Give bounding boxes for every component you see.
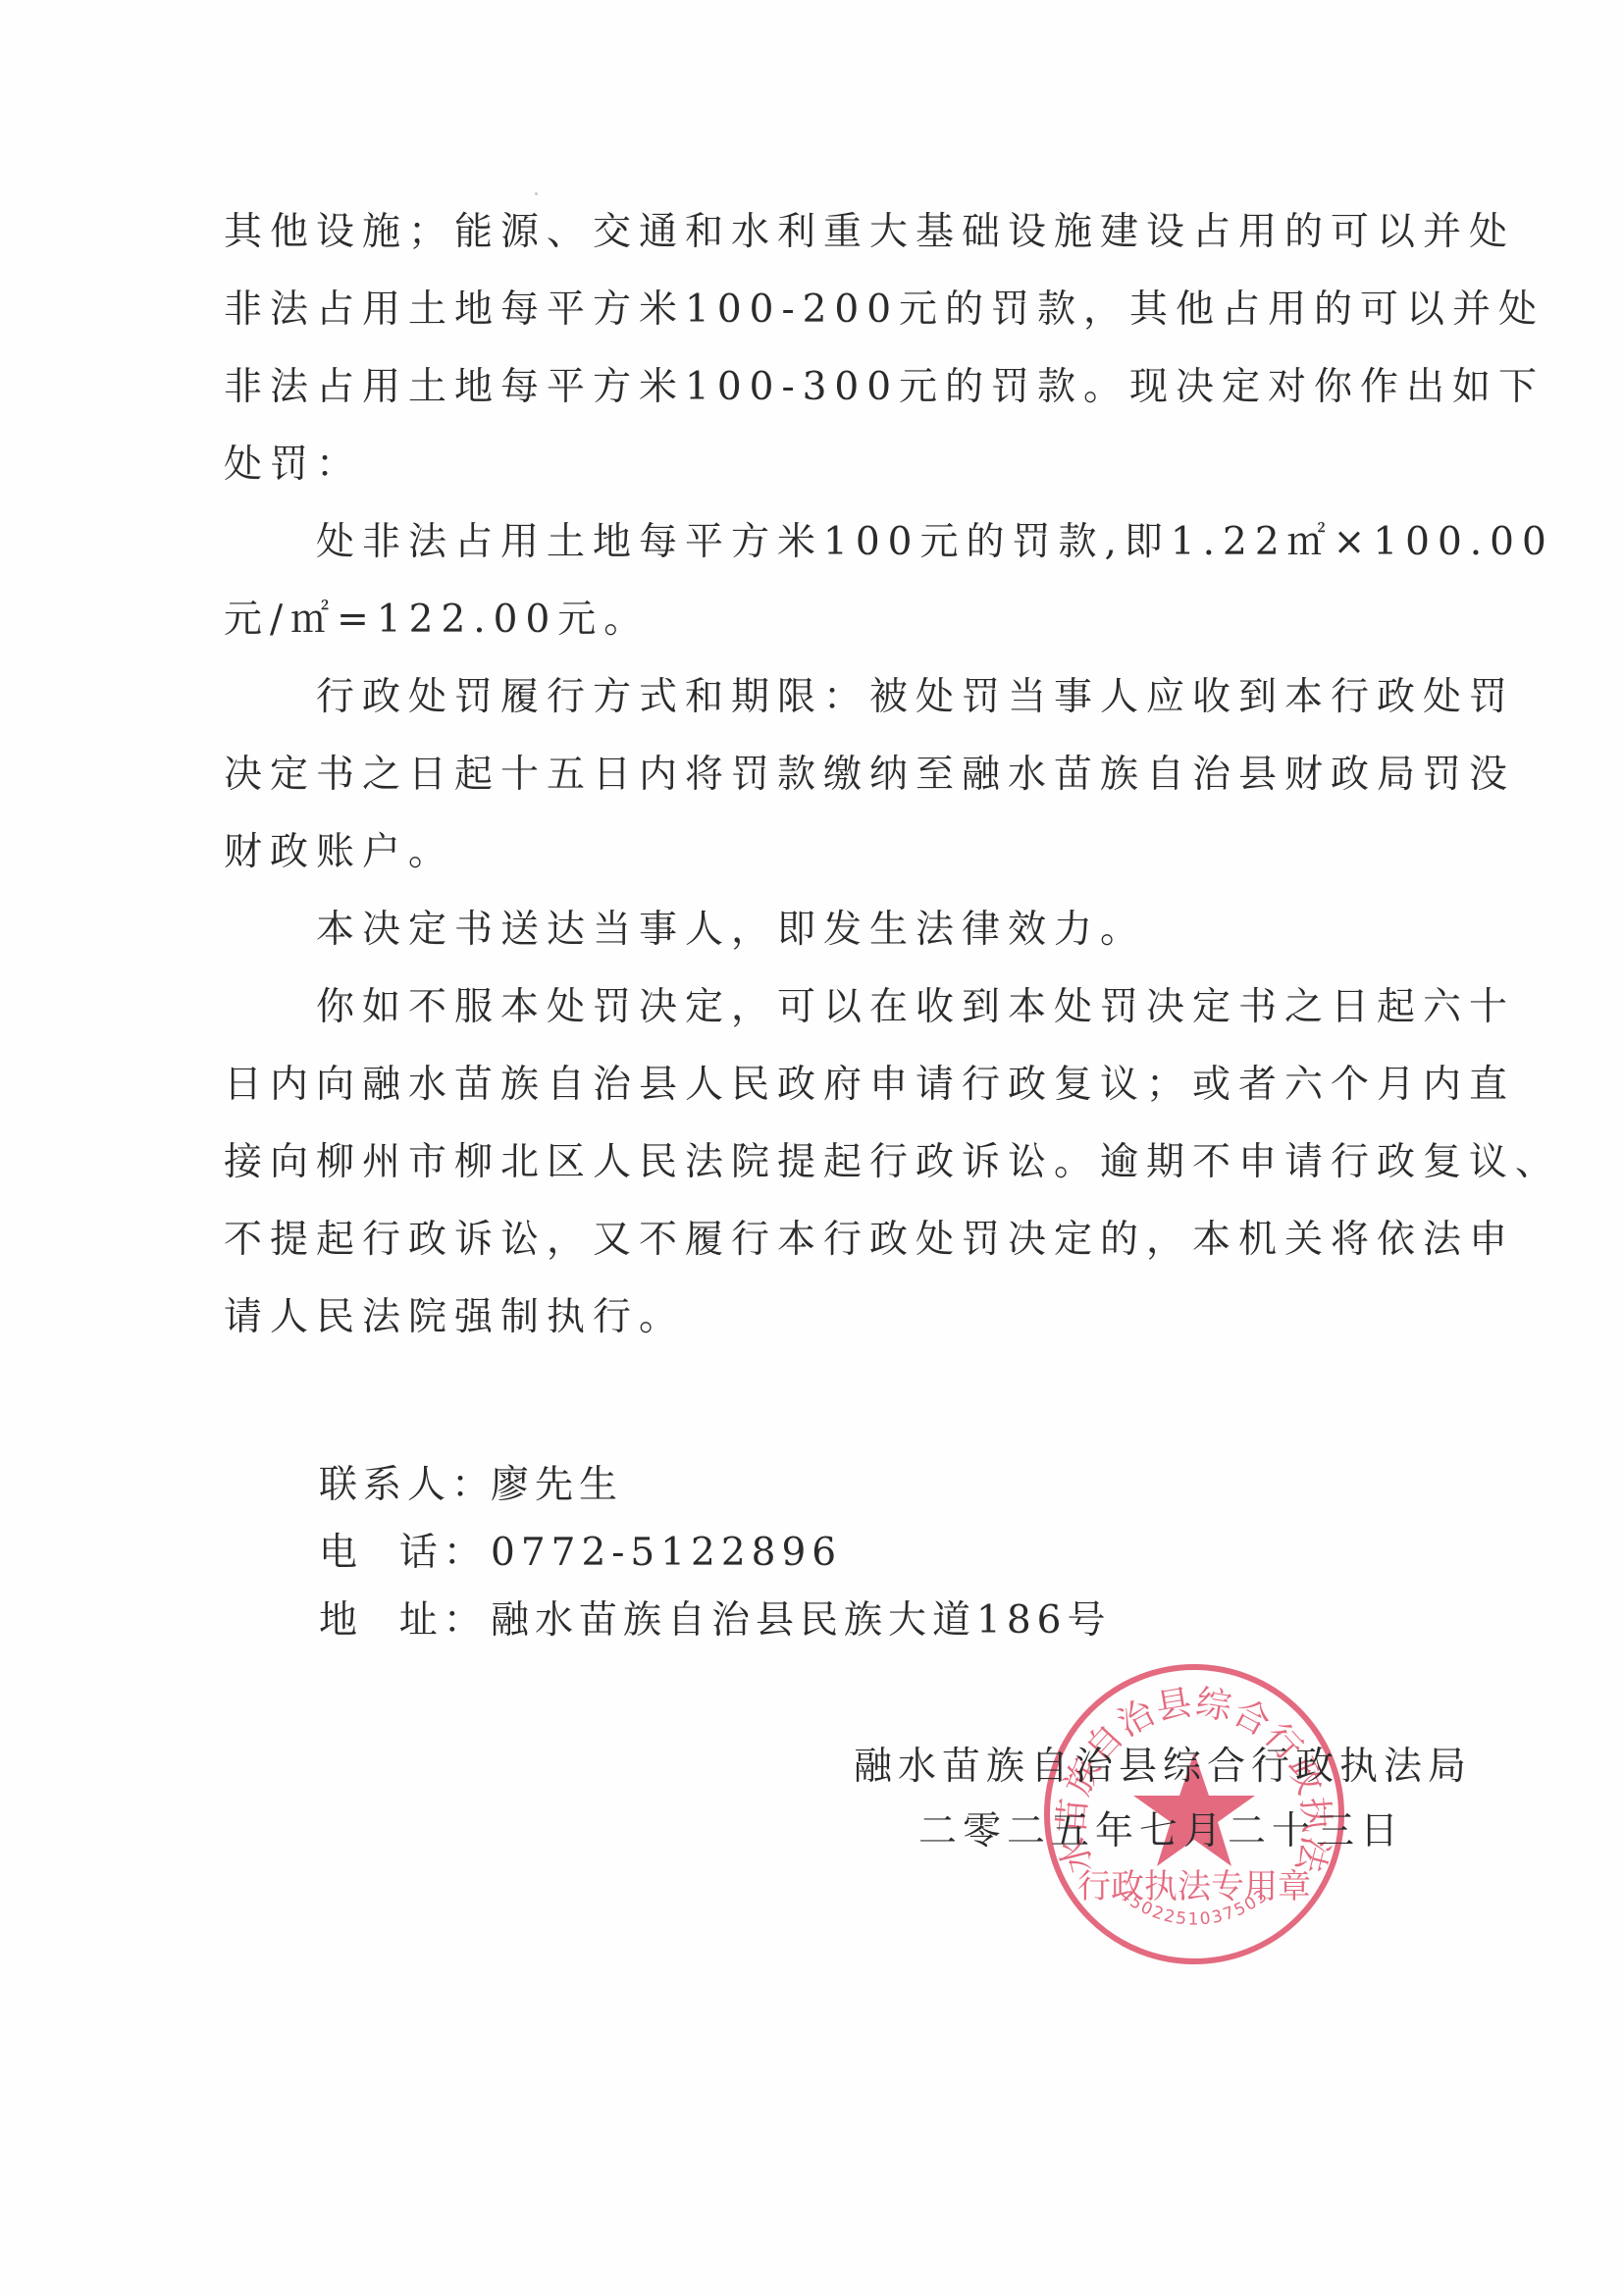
body-line: 不提起行政诉讼，又不履行本行政处罚决定的，本机关将依法申 (224, 1201, 1440, 1278)
signature-block: 融水苗族自治县综合行政执法局 二零二五年七月二十三日 (854, 1735, 1482, 1864)
body-line: 其他设施；能源、交通和水利重大基础设施建设占用的可以并处 (224, 193, 1440, 271)
contact-phone-value: 0772-5122896 (491, 1531, 842, 1575)
body-line: 财政账户。 (224, 813, 1440, 891)
body-line: 处罚： (224, 426, 1440, 503)
penalty-total-line: 元/㎡=122.00元。 (224, 581, 1440, 658)
appeal-line: 你如不服本处罚决定，可以在收到本处罚决定书之日起六十 (224, 968, 1440, 1046)
contact-person-label: 联系人： (319, 1451, 491, 1519)
issue-date: 二零二五年七月二十三日 (854, 1800, 1482, 1864)
contact-person-value: 廖先生 (491, 1463, 623, 1507)
document-page: 其他设施；能源、交通和水利重大基础设施建设占用的可以并处 非法占用土地每平方米1… (0, 0, 1623, 2296)
body-line: 日内向融水苗族自治县人民政府申请行政复议；或者六个月内直 (224, 1046, 1440, 1123)
body-line: 请人民法院强制执行。 (224, 1278, 1440, 1356)
contact-block: 联系人：廖先生 电 话：0772-5122896 地 址：融水苗族自治县民族大道… (319, 1451, 1111, 1654)
issuing-organization: 融水苗族自治县综合行政执法局 (854, 1735, 1482, 1800)
contact-address-label: 地 址： (319, 1587, 491, 1654)
penalty-line: 处非法占用土地每平方米100元的罚款,即1.22㎡×100.00 (224, 503, 1440, 581)
contact-address-row: 地 址：融水苗族自治县民族大道186号 (319, 1587, 1111, 1654)
seal-center-text: 行政执法专用章 (1077, 1867, 1311, 1906)
contact-address-value: 融水苗族自治县民族大道186号 (491, 1598, 1111, 1643)
effectiveness-line: 本决定书送达当事人，即发生法律效力。 (224, 891, 1440, 968)
body-line: 非法占用土地每平方米100-200元的罚款，其他占用的可以并处 (224, 271, 1440, 348)
document-body: 其他设施；能源、交通和水利重大基础设施建设占用的可以并处 非法占用土地每平方米1… (224, 193, 1440, 1356)
body-line: 决定书之日起十五日内将罚款缴纳至融水苗族自治县财政局罚没 (224, 736, 1440, 813)
body-line: 非法占用土地每平方米100-300元的罚款。现决定对你作出如下 (224, 348, 1440, 426)
body-line: 接向柳州市柳北区人民法院提起行政诉讼。逾期不申请行政复议、 (224, 1123, 1440, 1201)
payment-method-line: 行政处罚履行方式和期限：被处罚当事人应收到本行政处罚 (224, 658, 1440, 736)
contact-phone-row: 电 话：0772-5122896 (319, 1519, 1111, 1587)
contact-person-row: 联系人：廖先生 (319, 1451, 1111, 1519)
contact-phone-label: 电 话： (319, 1519, 491, 1587)
